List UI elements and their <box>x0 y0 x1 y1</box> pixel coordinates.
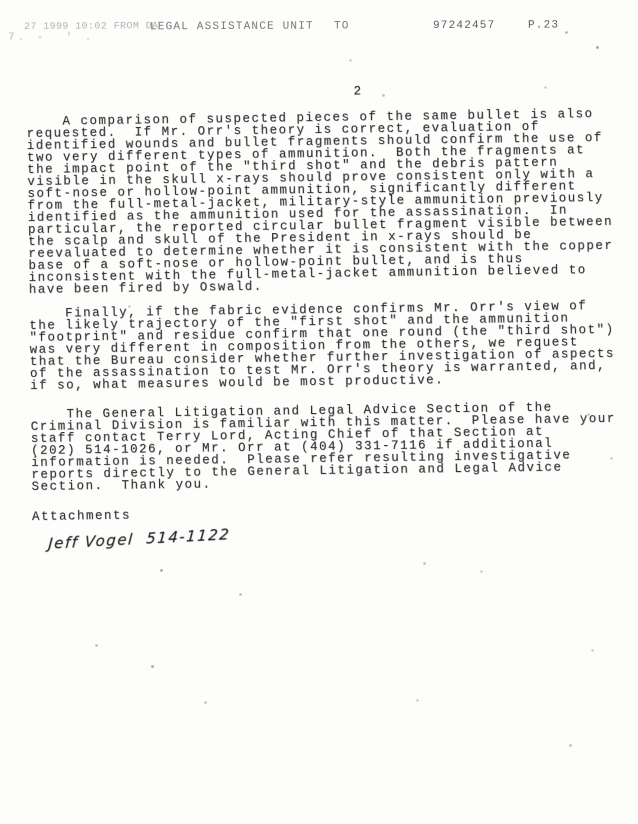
paragraph-fabric-evidence: Finally, if the fabric evidence confirms… <box>29 300 626 392</box>
fax-header-number: 97242457 <box>433 20 495 32</box>
fax-header-sender-unit: LEGAL ASSISTANCE UNIT <box>150 21 314 34</box>
page-number: 2 <box>60 81 638 101</box>
scan-noise-specks <box>0 0 1 1</box>
fax-header-page-code: P.23 <box>528 20 559 32</box>
fax-transmission-header: 27 1999 10:02 FROM DA LEGAL ASSISTANCE U… <box>0 19 638 36</box>
fax-header-stray-marks: 7. - ' . <box>8 32 94 44</box>
handwritten-note: Jeff Vogel 514-1122 <box>48 528 231 550</box>
scanned-fax-document-page: 27 1999 10:02 FROM DA LEGAL ASSISTANCE U… <box>0 0 638 824</box>
paragraph-bullet-comparison: A comparison of suspected pieces of the … <box>26 108 624 296</box>
paragraph-contact-info: The General Litigation and Legal Advice … <box>30 401 627 493</box>
fax-header-to-label: TO <box>334 20 350 32</box>
letter-body: 2 A comparison of suspected pieces of th… <box>26 82 628 552</box>
attachments-label: Attachments <box>32 503 628 523</box>
